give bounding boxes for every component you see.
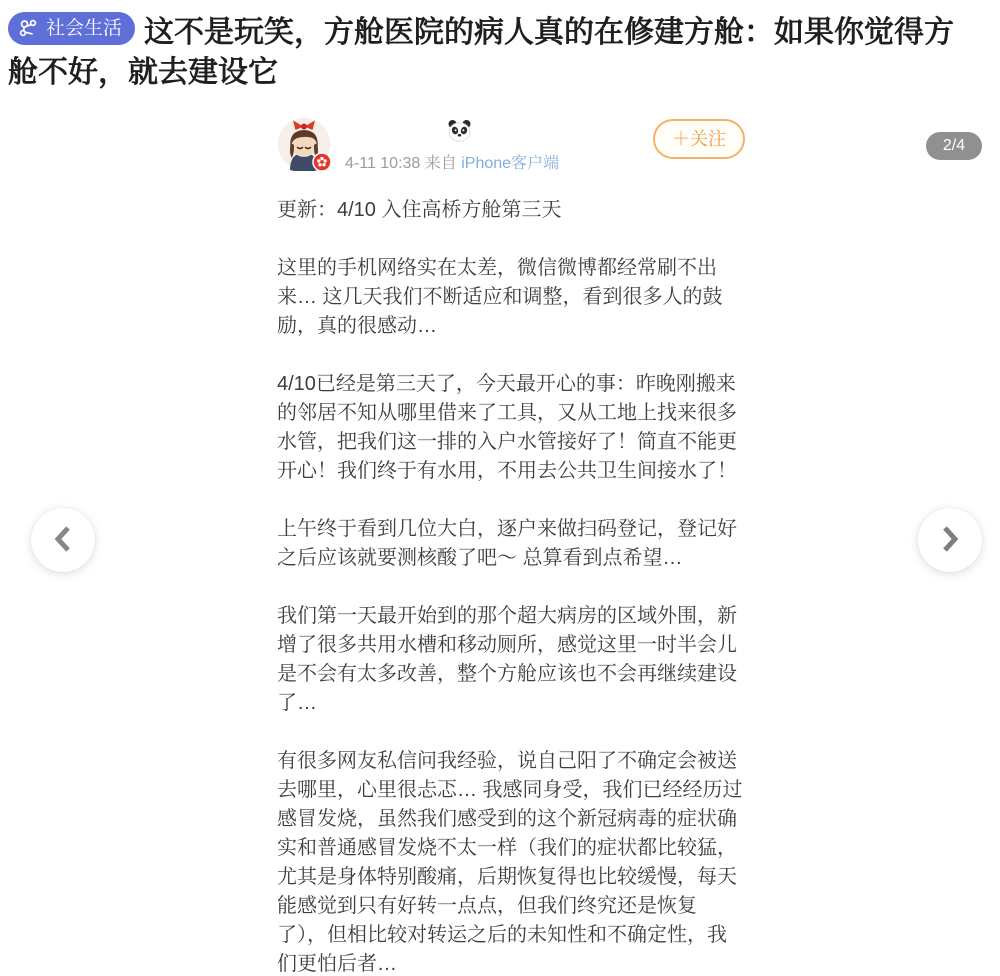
avatar[interactable] [277,117,331,171]
post-paragraph: 上午终于看到几位大白，逐户来做扫码登记，登记好之后应该就要测核酸了吧～ 总算看到… [277,515,745,573]
chevron-right-icon [937,523,963,558]
post-paragraph: 这里的手机网络实在太差，微信微博都经常刷不出来… 这几天我们不断适应和调整，看到… [277,254,745,341]
user-block: 4-11 10:38 来自 iPhone客户端 [331,117,653,173]
follow-button-label: ＋关注 [672,129,726,149]
panda-emoji [447,119,472,147]
category-badge[interactable]: 社会生活 [8,12,135,45]
source-link[interactable]: iPhone客户端 [461,155,559,172]
follow-button[interactable]: ＋关注 [653,119,745,159]
post-header: 4-11 10:38 来自 iPhone客户端 ＋关注 [277,117,745,173]
category-badge-label: 社会生活 [46,9,122,49]
next-image-button[interactable] [918,508,982,572]
post-paragraph: 4/10已经是第三天了，今天最开心的事：昨晚刚搬来的邻居不知从哪里借来了工具，又… [277,370,745,486]
source-prefix: 来自 [425,155,457,172]
red-flower-badge [313,153,331,171]
prev-image-button[interactable] [31,508,95,572]
timestamp: 4-11 10:38 [345,155,420,172]
article-page: 社会生活这不是玩笑，方舱医院的病人真的在修建方舱：如果你觉得方舱不好，就去建设它… [0,0,1000,976]
page-title: 这不是玩笑，方舱医院的病人真的在修建方舱：如果你觉得方舱不好，就去建设它 [8,16,954,89]
weibo-post-card: 4-11 10:38 来自 iPhone客户端 ＋关注 更新：4/10 入住高桥… [277,117,745,976]
post-paragraph: 有很多网友私信问我经验，说自己阳了不确定会被送去哪里，心里很忐忑… 我感同身受，… [277,747,745,976]
network-icon [18,18,39,39]
post-body: 更新：4/10 入住高桥方舱第三天 这里的手机网络实在太差，微信微博都经常刷不出… [277,196,745,976]
page-indicator-badge: 2/4 [926,132,982,160]
username[interactable] [345,120,653,146]
post-meta: 4-11 10:38 来自 iPhone客户端 [345,150,653,173]
post-paragraph: 我们第一天最开始到的那个超大病房的区域外围，新增了很多共用水槽和移动厕所，感觉这… [277,602,745,718]
chevron-left-icon [50,523,76,558]
article-title-block: 社会生活这不是玩笑，方舱医院的病人真的在修建方舱：如果你觉得方舱不好，就去建设它 [0,12,1000,93]
post-paragraph: 更新：4/10 入住高桥方舱第三天 [277,196,745,225]
